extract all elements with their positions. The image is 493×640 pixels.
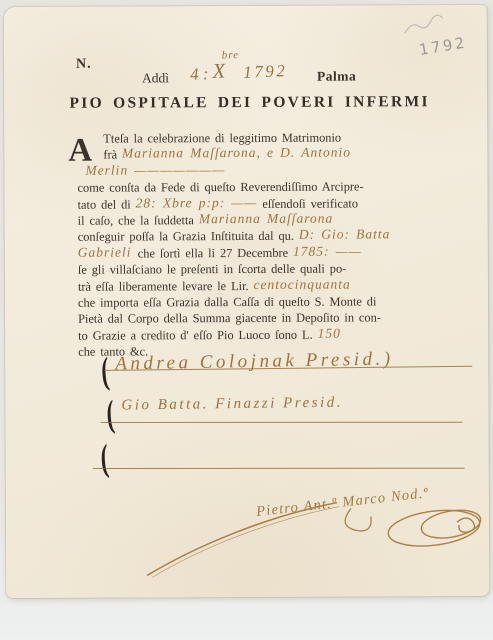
handwritten-year: 1792 xyxy=(243,61,288,83)
printed-text: Tteſa la celebrazione di leggitimo Matri… xyxy=(103,131,341,146)
body-line: Gabrieli che ſortì ella li 27 Decembre 1… xyxy=(78,244,468,262)
document-title: PIO OSPITALE DEI POVERI INFERMI xyxy=(4,93,487,113)
handwritten-month: Xbre xyxy=(212,59,226,84)
handwritten-date: 4 : Xbre 1792 xyxy=(190,56,288,85)
body-line: conſeguir poſſa la Grazia Inſtituita dal… xyxy=(78,227,468,245)
photo-background: 1792 N. Addì 4 : Xbre 1792 Palma PIO OSP… xyxy=(0,0,493,640)
body-line: che importa eſſa Grazia dalla Caſſa di q… xyxy=(78,293,468,311)
signature-rule xyxy=(93,468,465,469)
notary-rubric xyxy=(386,505,483,550)
number-label: N. xyxy=(76,57,92,73)
body-line: ſe gli villaſciano le preſenti in ſcorta… xyxy=(78,260,468,278)
printed-text: che ſortì ella li 27 Decembre xyxy=(138,246,293,261)
handwritten-text: Gabrieli xyxy=(78,244,138,259)
signature-rule xyxy=(101,422,463,423)
body-line: il caſo, che la ſuddetta Marianna Maſſar… xyxy=(78,211,468,229)
handwritten-text: Marianna Maſſarona xyxy=(199,211,334,227)
signature-bracket: ( xyxy=(99,439,110,478)
place-label: Palma xyxy=(317,69,356,85)
signature-president-2: Gio Batta. Finazzi Presid. xyxy=(121,395,343,415)
body-line: Pietà dal Corpo della Summa giacente in … xyxy=(78,309,468,327)
body-line: Merlin ——————— xyxy=(77,162,467,180)
signature-president-1: Andrea Colojnak Presid.) xyxy=(115,348,394,375)
date-prefix-label: Addì xyxy=(142,70,169,86)
printed-text: ſe gli villaſciano le preſenti in ſcorta… xyxy=(78,262,346,277)
printed-text: frà xyxy=(103,148,122,162)
body-line: trà eſſa liberamente levare le Lir. cent… xyxy=(78,277,468,295)
printed-text: trà eſſa liberamente levare le Lir. xyxy=(78,278,254,293)
pencil-scribble-icon xyxy=(402,14,448,38)
month-superscript: bre xyxy=(222,49,240,62)
handwritten-text: D: Gio: Batta xyxy=(299,227,391,242)
handwritten-text: 28: Xbre p:p: —— xyxy=(136,195,258,211)
body-text: Tteſa la celebrazione di leggitimo Matri… xyxy=(77,129,468,360)
printed-text: to Grazie a credito d' eſſo Pio Luoco ſo… xyxy=(78,327,317,342)
handwritten-text: centocinquanta xyxy=(253,276,350,291)
printed-text: che importa eſſa Grazia dalla Caſſa di q… xyxy=(78,294,376,309)
document-paper: 1792 N. Addì 4 : Xbre 1792 Palma PIO OSP… xyxy=(4,5,490,598)
printed-text: conſeguir poſſa la Grazia Inſtituita dal… xyxy=(78,229,299,244)
signature-bracket: ( xyxy=(105,394,116,433)
printed-text: Pietà dal Corpo della Summa giacente in … xyxy=(78,311,381,326)
printed-text: eſſendoſi verificato xyxy=(257,196,358,210)
printed-text: tato del di xyxy=(78,197,136,211)
handwritten-text: 1785: —— xyxy=(293,243,362,258)
body-line: to Grazie a credito d' eſſo Pio Luoco ſo… xyxy=(78,326,468,344)
handwritten-text: Merlin ——————— xyxy=(85,162,225,178)
printed-text: come conſta da Fede di queſto Reverendiſ… xyxy=(77,180,363,195)
printed-text: il caſo, che la ſuddetta xyxy=(78,213,199,228)
handwritten-text: Marianna Maſſarona, e D. Antonio xyxy=(122,145,351,161)
handwritten-text: 150 xyxy=(318,325,341,340)
handwritten-day: 4 : xyxy=(190,64,209,85)
body-line: frà Marianna Maſſarona, e D. Antonio xyxy=(77,145,467,163)
body-line: come conſta da Fede di queſto Reverendiſ… xyxy=(77,178,467,196)
